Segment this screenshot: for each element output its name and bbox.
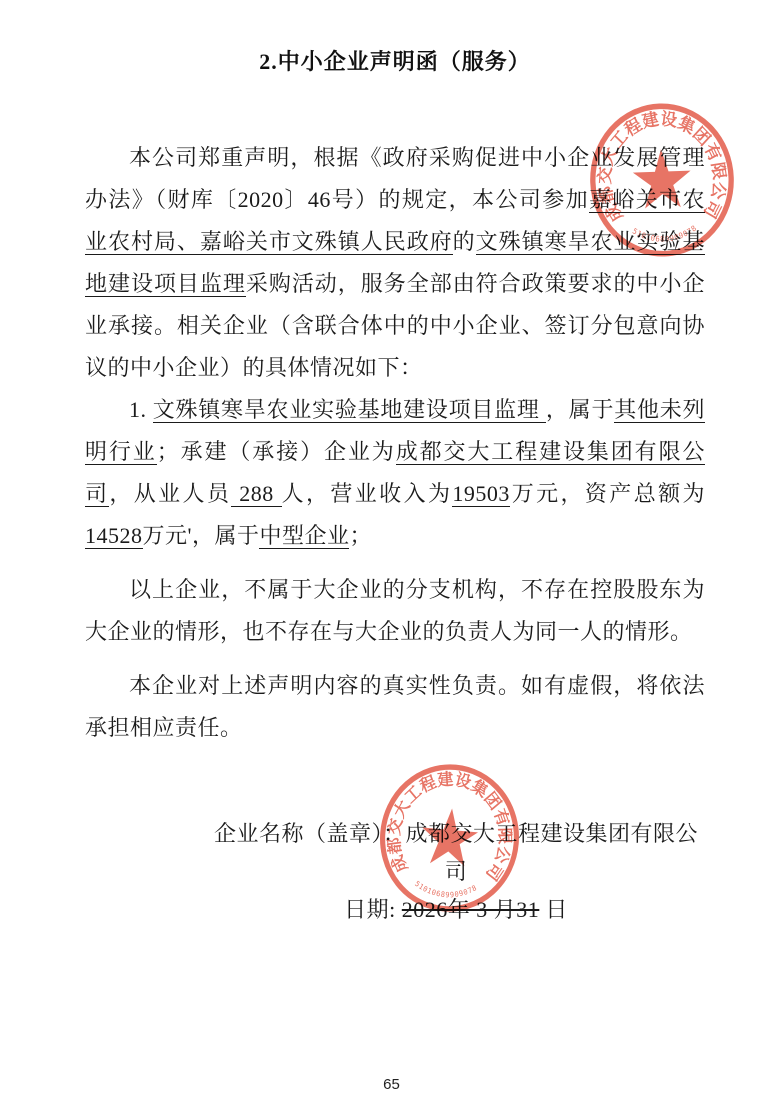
text-segment: 中型企业	[259, 523, 349, 549]
signature-line: 企业名称（盖章）：成都交大工程建设集团有限公司	[207, 815, 705, 891]
text-segment: 企业名称（盖章）：成都交大工程建设集团有限公司	[214, 821, 698, 884]
document-body: 本公司郑重声明，根据《政府采购促进中小企业发展管理办法》（财库〔2020〕46号…	[85, 137, 705, 749]
text-segment: ，从业人员	[109, 481, 231, 506]
document-page: 2.中小企业声明函（服务） 本公司郑重声明，根据《政府采购促进中小企业发展管理办…	[0, 0, 783, 1109]
text-segment: 288	[231, 481, 281, 507]
text-segment: 万元'，属于	[143, 523, 260, 548]
body-paragraph: 本公司郑重声明，根据《政府采购促进中小企业发展管理办法》（财库〔2020〕46号…	[85, 137, 705, 389]
text-segment: 文殊镇寒旱农业实验基地建设项目监理	[153, 397, 546, 423]
body-paragraph: 本企业对上述声明内容的真实性负责。如有虚假，将依法承担相应责任。	[85, 665, 705, 749]
text-segment: 万元，资产总额为	[510, 481, 705, 506]
text-segment: 2026年 3 月31	[402, 897, 540, 922]
text-segment: 以上企业，不属于大企业的分支机构，不存在控股股东为大企业的情形，也不存在与大企业…	[85, 577, 705, 644]
signature-block: 企业名称（盖章）：成都交大工程建设集团有限公司日期: 2026年 3 月31 日	[85, 815, 705, 929]
text-segment: 的	[453, 229, 476, 254]
body-paragraph: 以上企业，不属于大企业的分支机构，不存在控股股东为大企业的情形，也不存在与大企业…	[85, 569, 705, 653]
text-segment: 日期:	[344, 897, 402, 922]
text-segment: 人，营业收入为	[282, 481, 453, 506]
text-segment: 1.	[129, 397, 153, 422]
text-segment: 14528	[85, 523, 143, 549]
text-segment: ；	[349, 523, 372, 548]
document-title: 2.中小企业声明函（服务）	[85, 45, 705, 79]
document-content: 2.中小企业声明函（服务） 本公司郑重声明，根据《政府采购促进中小企业发展管理办…	[85, 45, 705, 929]
signature-line: 日期: 2026年 3 月31 日	[207, 891, 705, 929]
text-segment: ；承建（承接）企业为	[157, 439, 396, 464]
text-segment: ，属于	[546, 397, 614, 422]
text-segment: 本企业对上述声明内容的真实性负责。如有虚假，将依法承担相应责任。	[85, 673, 705, 740]
text-segment: 日	[539, 897, 568, 922]
body-paragraph: 1. 文殊镇寒旱农业实验基地建设项目监理 ，属于其他未列明行业；承建（承接）企业…	[85, 389, 705, 557]
text-segment: 19503	[452, 481, 510, 507]
page-number: 65	[0, 1076, 783, 1093]
